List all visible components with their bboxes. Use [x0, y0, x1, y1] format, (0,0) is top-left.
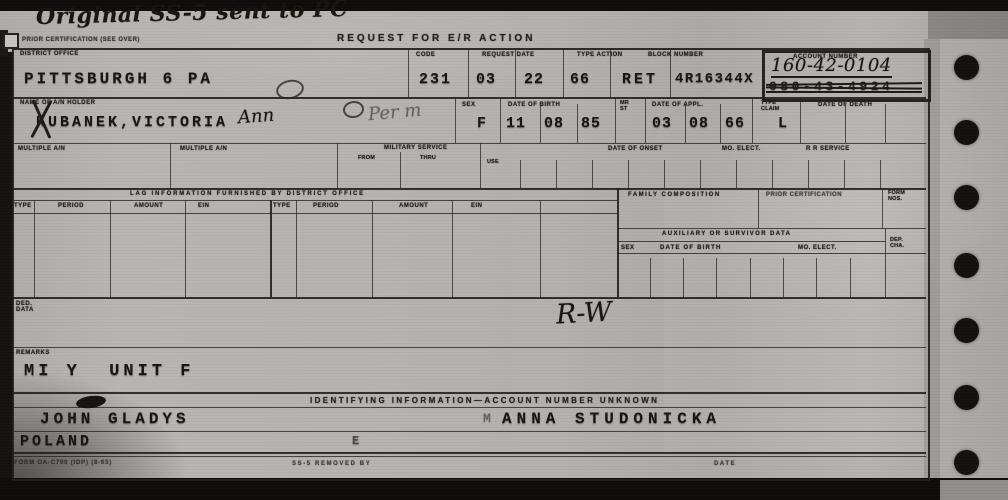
appl-month: 03 [652, 115, 672, 132]
birthplace-value: POLAND [20, 433, 92, 450]
grid-line-v [845, 104, 846, 143]
grid-line-v [577, 104, 578, 143]
grid-line-v [520, 160, 521, 188]
grid-line-h [12, 392, 926, 394]
grid-line-v [110, 200, 111, 297]
request-date-label: REQUEST DATE [482, 52, 535, 58]
shading [928, 11, 1008, 39]
grid-line-v [540, 200, 541, 297]
grid-line-h [12, 188, 926, 190]
aux-dob-label: DATE OF BIRTH [660, 245, 722, 251]
grid-line-h [12, 431, 926, 432]
grid-line-v [882, 188, 883, 228]
grid-line-v [800, 97, 801, 143]
lag-col-period-2: PERIOD [313, 203, 339, 209]
grid-line-v [270, 200, 272, 297]
code-value: 231 [419, 71, 452, 88]
appl-day: 08 [689, 115, 709, 132]
mother-prefix-mark: M [483, 411, 491, 426]
appl-year: 66 [725, 115, 745, 132]
prior-certification-checkbox [3, 33, 19, 49]
form-nos-label: FORM NOS. [888, 190, 905, 202]
grid-line-v [664, 160, 665, 188]
grid-line-v [885, 228, 886, 297]
lag-col-type-1: TYPE [14, 203, 32, 209]
ded-data-label: DED. DATA [16, 301, 34, 313]
grid-line-h [12, 297, 926, 299]
dep-cha-label: DEP. CHA. [890, 237, 904, 249]
lag-header: LAG INFORMATION FURNISHED BY DISTRICT OF… [130, 191, 365, 197]
district-office-value: PITTSBURGH 6 PA [24, 70, 213, 88]
multiple-an-label-1: MULTIPLE A/N [18, 146, 65, 152]
grid-line-v [750, 258, 751, 297]
prior-certification-label: PRIOR CERTIFICATION (SEE OVER) [22, 37, 140, 43]
father-name-value: JOHN GLADYS [40, 410, 190, 428]
grid-line-v [408, 48, 409, 97]
grid-line-h [12, 452, 926, 454]
grid-line-v [615, 97, 616, 143]
grid-line-v [685, 104, 686, 143]
mo-elect-label: MO. ELECT. [722, 146, 761, 152]
stray-type-mark: E [352, 434, 359, 448]
mr-st-label: MR ST [620, 100, 629, 112]
lag-col-ein-1: EIN [198, 203, 210, 209]
grid-line-v [850, 258, 851, 297]
grid-line-v [34, 200, 35, 297]
rr-service-label: R R SERVICE [806, 146, 850, 152]
punch-hole [954, 385, 979, 410]
lag-col-amount-1: AMOUNT [134, 203, 163, 209]
footer-date-label: DATE [714, 461, 736, 467]
grid-line-v [683, 258, 684, 297]
grid-line-v [772, 160, 773, 188]
remarks-label: REMARKS [16, 350, 50, 356]
lag-col-amount-2: AMOUNT [399, 203, 428, 209]
dob-day: 08 [544, 115, 564, 132]
scanned-form-request-er-action: PRIOR CERTIFICATION (SEE OVER) REQUEST F… [0, 0, 1008, 500]
grid-line-h [12, 407, 926, 408]
grid-line-v [400, 152, 401, 188]
punch-hole [954, 120, 979, 145]
sex-label: SEX [462, 102, 476, 108]
grid-line-v [556, 160, 557, 188]
grid-line-v [372, 200, 373, 297]
grid-line-v [500, 97, 501, 143]
grid-line-v [468, 48, 469, 97]
strike-mark [766, 91, 922, 93]
date-of-appl-label: DATE OF APPL. [652, 102, 704, 108]
identifying-header: IDENTIFYING INFORMATION—ACCOUNT NUMBER U… [310, 396, 659, 405]
punch-hole [954, 185, 979, 210]
grid-line-v [592, 160, 593, 188]
grid-line-h [12, 456, 926, 457]
date-of-death-label: DATE OF DEATH [818, 102, 872, 108]
grid-line-v [563, 48, 564, 97]
lag-col-type-2: TYPE [273, 203, 291, 209]
holder-name-value: KUBANEK,VICTORIA [36, 114, 228, 131]
grid-line-v [170, 143, 171, 188]
request-date-year: 66 [570, 71, 590, 88]
grid-line-v [185, 200, 186, 297]
dob-year: 85 [581, 115, 601, 132]
grid-line-h [12, 97, 926, 99]
multiple-an-label-2: MULTIPLE A/N [180, 146, 227, 152]
prior-certification-label-2: PRIOR CERTIFICATION [766, 192, 842, 198]
grid-line-h [12, 143, 926, 144]
ded-handwritten-note: R-W [555, 297, 612, 331]
dob-month: 11 [506, 115, 526, 132]
type-action-value: RET [622, 71, 658, 88]
grid-line-v [783, 258, 784, 297]
type-claim-value: L [778, 115, 787, 132]
punch-hole [954, 450, 979, 475]
grid-line-v [296, 200, 297, 297]
grid-line-v [700, 160, 701, 188]
district-office-label: DISTRICT OFFICE [20, 51, 79, 57]
grid-line-v [752, 97, 753, 143]
grid-line-v [645, 97, 646, 143]
grid-line-h [12, 213, 617, 214]
punch-hole [954, 55, 979, 80]
from-label: FROM [358, 155, 375, 161]
grid-line-h [617, 241, 885, 242]
grid-line-v [885, 104, 886, 143]
code-label: CODE [416, 52, 435, 58]
grid-line-v [617, 188, 619, 297]
grid-line-v [808, 160, 809, 188]
thru-label: THRU [420, 155, 436, 161]
block-number-label: BLOCK NUMBER [648, 52, 703, 58]
remarks-value: MI Y UNIT F [24, 362, 194, 381]
aux-mo-elect-label: MO. ELECT. [798, 245, 837, 251]
grid-line-v [540, 104, 541, 143]
date-of-onset-label: DATE OF ONSET [608, 146, 663, 152]
block-number-value: 4R16344X [675, 71, 754, 87]
account-number-handwritten: 160-42-0104 [771, 55, 892, 78]
aux-survivor-header: AUXILIARY OR SURVIVOR DATA [662, 231, 791, 237]
grid-line-h [617, 228, 926, 229]
grid-line-h [617, 253, 926, 254]
request-date-month: 03 [476, 71, 496, 88]
family-composition-label: FAMILY COMPOSITION [628, 192, 721, 198]
form-title: REQUEST FOR E/R ACTION [337, 33, 535, 44]
sex-value: F [477, 115, 486, 132]
form-number: FORM OA-C790 (IDP) (8-65) [14, 460, 112, 466]
grid-line-v [816, 258, 817, 297]
use-label: USE [487, 159, 499, 165]
type-claim-label: TYPE CLAIM [761, 100, 779, 112]
middle-name-handwritten: Ann [237, 105, 275, 128]
type-action-label: TYPE ACTION [577, 52, 623, 58]
grid-line-v [880, 160, 881, 188]
grid-line-v [716, 258, 717, 297]
aux-sex-label: SEX [621, 245, 635, 251]
military-service-label: MILITARY SERVICE [384, 145, 447, 151]
ss5-removed-label: SS-5 REMOVED BY [292, 461, 371, 467]
mother-name-value: ANNA STUDONICKA [502, 410, 721, 428]
film-edge-bottom [0, 478, 1008, 500]
date-of-birth-label: DATE OF BIRTH [508, 102, 560, 108]
grid-line-v [758, 188, 759, 228]
request-date-day: 22 [524, 71, 544, 88]
grid-line-h [12, 200, 617, 201]
punch-hole [954, 253, 979, 278]
lag-col-period-1: PERIOD [58, 203, 84, 209]
grid-line-v [736, 160, 737, 188]
grid-line-v [480, 143, 481, 188]
paper-corner [940, 480, 1008, 500]
punch-hole [954, 318, 979, 343]
grid-line-v [452, 200, 453, 297]
grid-line-v [628, 160, 629, 188]
grid-line-v [337, 143, 338, 188]
grid-line-v [650, 258, 651, 297]
grid-line-v [455, 97, 456, 143]
grid-line-h [12, 347, 926, 348]
lag-col-ein-2: EIN [471, 203, 483, 209]
grid-line-v [844, 160, 845, 188]
grid-line-v [720, 104, 721, 143]
